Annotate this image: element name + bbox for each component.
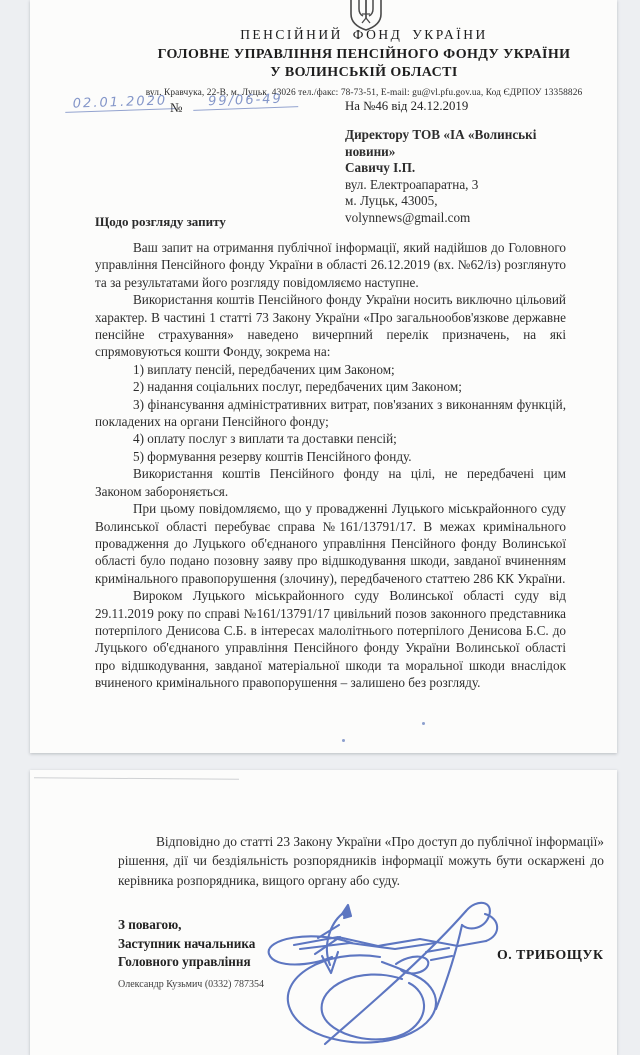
- addressee-street: вул. Електроапаратна, 3: [345, 177, 563, 194]
- paragraph: Вироком Луцького міськрайонного суду Вол…: [95, 587, 566, 691]
- addressee-city: м. Луцьк, 43005,: [345, 193, 563, 210]
- list-item: 1) виплату пенсій, передбачених цим Зако…: [95, 361, 566, 378]
- handwritten-outgoing-number: 99/06-49: [193, 91, 298, 111]
- paragraph: Використання коштів Пенсійного фонду Укр…: [95, 291, 566, 361]
- list-item: 2) надання соціальних послуг, передбачен…: [95, 378, 566, 395]
- addressee-person: Савичу І.П.: [345, 160, 563, 177]
- number-sign-label: №: [170, 100, 182, 116]
- scan-speck: [422, 722, 425, 725]
- scanned-page-1: ПЕНСІЙНИЙ ФОНД УКРАЇНИ ГОЛОВНЕ УПРАВЛІНН…: [30, 0, 617, 753]
- org-name: ПЕНСІЙНИЙ ФОНД УКРАЇНИ: [108, 27, 617, 43]
- paragraph: При цьому повідомляємо, що у провадженні…: [95, 500, 566, 587]
- scanned-page-2: Відповідно до статті 23 Закону України «…: [30, 770, 617, 1055]
- org-region: У ВОЛИНСЬКІЙ ОБЛАСТІ: [108, 64, 617, 82]
- paragraph: Використання коштів Пенсійного фонду на …: [95, 465, 566, 500]
- reply-reference: На №46 від 24.12.2019: [345, 99, 468, 114]
- addressee-company: Директору ТОВ «ІА «Волинські новини»: [345, 127, 563, 160]
- paragraph: Ваш запит на отримання публічної інформа…: [95, 239, 566, 291]
- list-item: 5) формування резерву коштів Пенсійного …: [95, 448, 566, 465]
- signature-scribble-icon: [230, 893, 565, 1055]
- paragraph: Відповідно до статті 23 Закону України «…: [118, 832, 604, 890]
- scan-speck: [342, 739, 345, 742]
- scan-artifact-line: [34, 777, 239, 779]
- handwritten-date: 02.01.2020: [65, 93, 175, 113]
- org-department: ГОЛОВНЕ УПРАВЛІННЯ ПЕНСІЙНОГО ФОНДУ УКРА…: [108, 46, 617, 64]
- letter-subject: Щодо розгляду запиту: [95, 214, 226, 230]
- addressee-email: volynnews@gmail.com: [345, 210, 563, 227]
- list-item: 3) фінансування адміністративних витрат,…: [95, 396, 566, 431]
- letterhead: ПЕНСІЙНИЙ ФОНД УКРАЇНИ ГОЛОВНЕ УПРАВЛІНН…: [108, 27, 617, 98]
- list-item: 4) оплату послуг з виплати та доставки п…: [95, 430, 566, 447]
- org-address: вул. Кравчука, 22-В, м. Луцьк, 43026 тел…: [108, 88, 617, 98]
- letter-body: Ваш запит на отримання публічної інформа…: [95, 239, 566, 692]
- addressee-block: Директору ТОВ «ІА «Волинські новини» Сав…: [345, 127, 563, 226]
